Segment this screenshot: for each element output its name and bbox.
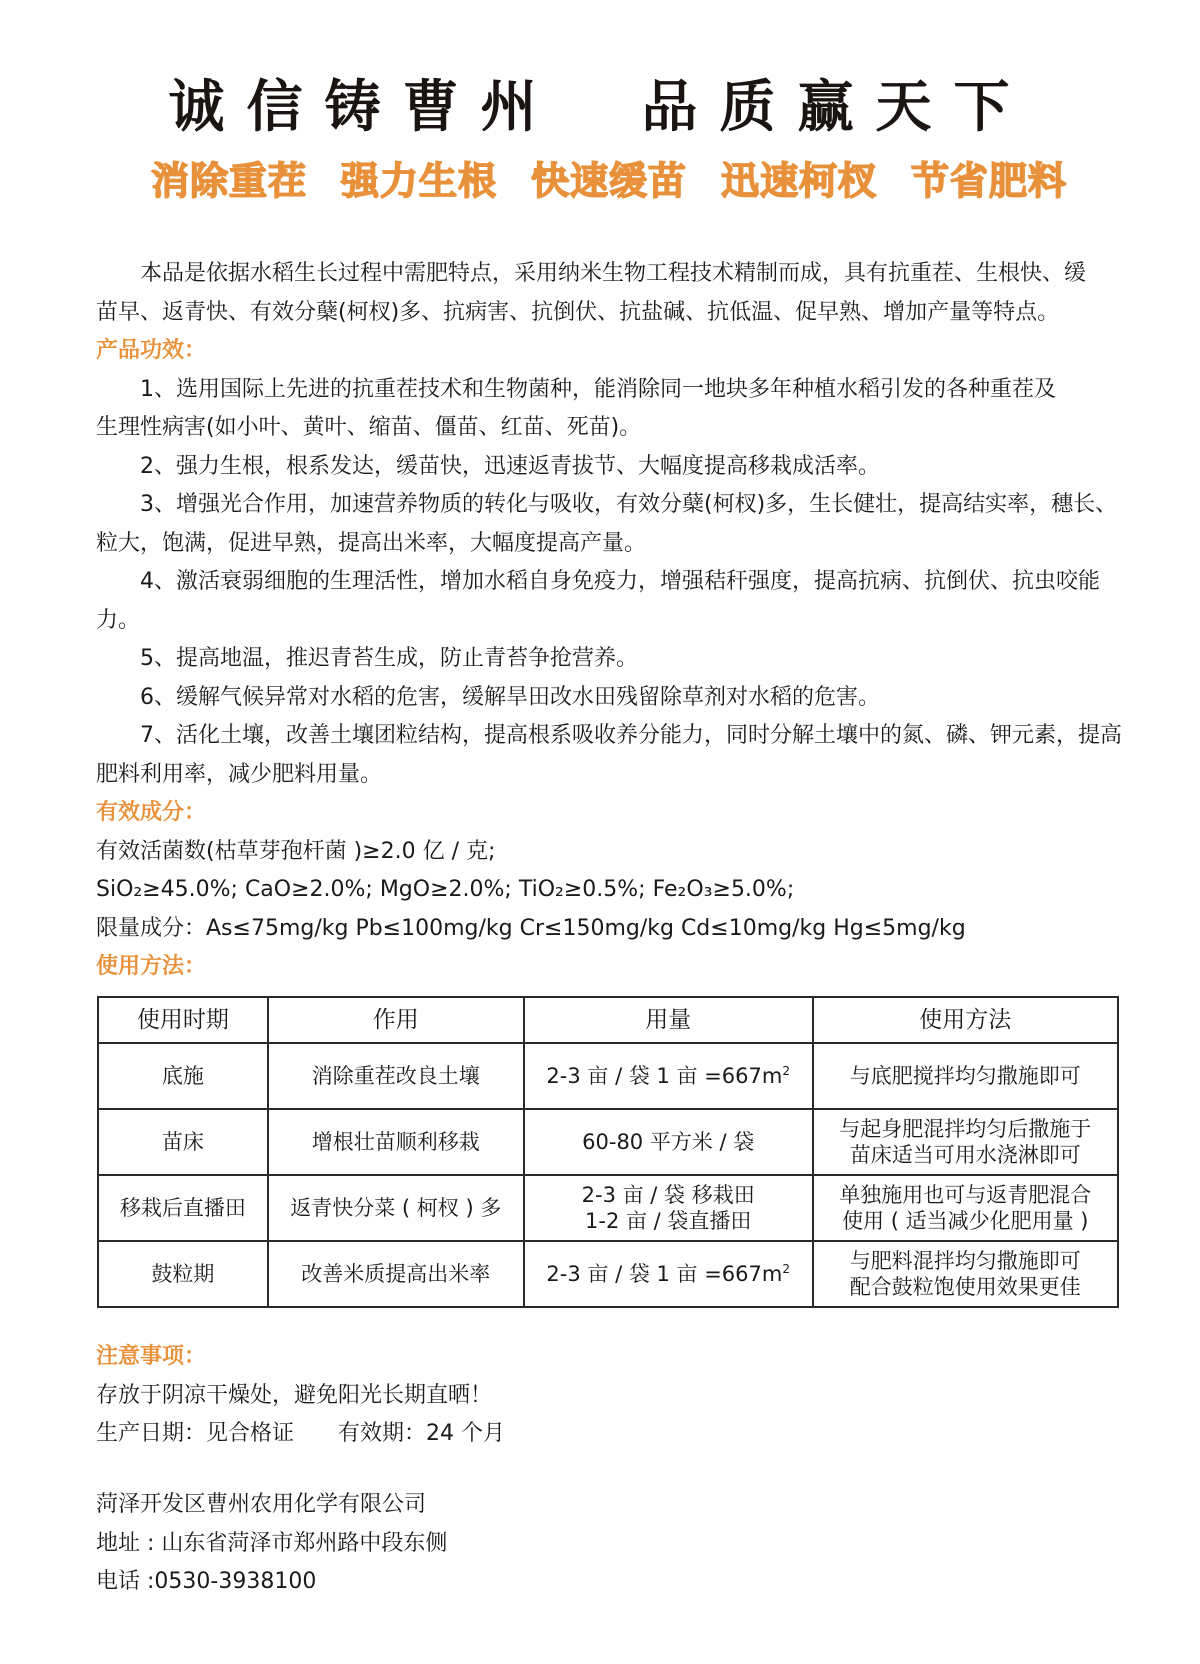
efficacy-item: 5、提高地温，推迟青苔生成，防止青苔争抢营养。 (96, 640, 1126, 679)
effect-cell: 改善米质提高出米率 (268, 1241, 524, 1307)
column-header: 用量 (524, 997, 813, 1043)
dates-line: 生产日期：见合格证有效期：24 个月 (96, 1415, 1126, 1454)
table-row: 移栽后直播田 返青快分菜 ( 柯杈 ) 多 2-3 亩 / 袋 移栽田1-2 亩… (98, 1175, 1118, 1241)
efficacy-item-cont: 粒大，饱满，促进早熟，提高出米率，大幅度提高产量。 (96, 525, 1126, 564)
method-cell: 单独施用也可与返青肥混合使用 ( 适当减少化肥用量 ) (813, 1175, 1118, 1241)
feature-item: 迅速柯杈 (721, 156, 877, 206)
feature-item: 快速缓苗 (531, 156, 687, 206)
dose-text: 1-2 亩 / 袋直播田 (531, 1208, 806, 1234)
method-cell: 与肥料混拌均匀撒施即可配合鼓粒饱使用效果更佳 (813, 1241, 1118, 1307)
notes-heading: 注意事项： (96, 1338, 1126, 1377)
efficacy-item-cont: 肥料利用率，减少肥料用量。 (96, 756, 1126, 795)
product-description: 本品是依据水稻生长过程中需肥特点，采用纳米生物工程技术精制而成，具有抗重茬、生根… (96, 255, 1126, 987)
ingredient-bacteria: 有效活菌数(枯草芽孢杆菌 )≥2.0 亿 / 克; (96, 833, 1126, 872)
effect-cell: 增根壮苗顺利移栽 (268, 1109, 524, 1175)
table-row: 苗床 增根壮苗顺利移栽 60-80 平方米 / 袋 与起身肥混拌均匀后撒施于苗床… (98, 1109, 1118, 1175)
intro-line: 苗早、返青快、有效分蘖(柯杈)多、抗病害、抗倒伏、抗盐碱、抗低温、促早熟、增加产… (96, 294, 1126, 333)
usage-heading: 使用方法： (96, 948, 1126, 987)
feature-item: 强力生根 (341, 156, 497, 206)
ingredient-minerals: SiO₂≥45.0%; CaO≥2.0%; MgO≥2.0%; TiO₂≥0.5… (96, 871, 1126, 910)
intro-line: 本品是依据水稻生长过程中需肥特点，采用纳米生物工程技术精制而成，具有抗重茬、生根… (96, 255, 1126, 294)
efficacy-heading: 产品功效： (96, 332, 1126, 371)
company-phone: 电话 :0530-3938100 (96, 1563, 447, 1602)
column-header: 使用方法 (813, 997, 1118, 1043)
feature-item: 消除重茬 (151, 156, 307, 206)
period-cell: 移栽后直播田 (98, 1175, 268, 1241)
column-header: 使用时期 (98, 997, 268, 1043)
efficacy-item: 7、活化土壤，改善土壤团粒结构，提高根系吸收养分能力，同时分解土壤中的氮、磷、钾… (96, 717, 1126, 756)
table-row: 鼓粒期 改善米质提高出米率 2-3 亩 / 袋 1 亩 =667m2 与肥料混拌… (98, 1241, 1118, 1307)
method-text: 单独施用也可与返青肥混合 (820, 1182, 1111, 1208)
period-cell: 底施 (98, 1043, 268, 1109)
efficacy-item-cont: 力。 (96, 602, 1126, 641)
period-cell: 苗床 (98, 1109, 268, 1175)
dose-text: 60-80 平方米 / 袋 (582, 1130, 754, 1154)
feature-list: 消除重茬 强力生根 快速缓苗 迅速柯杈 节省肥料 (0, 156, 1200, 206)
table-header-row: 使用时期 作用 用量 使用方法 (98, 997, 1118, 1043)
dose-cell: 2-3 亩 / 袋 移栽田1-2 亩 / 袋直播田 (524, 1175, 813, 1241)
feature-item: 节省肥料 (911, 156, 1067, 206)
efficacy-item: 4、激活衰弱细胞的生理活性，增加水稻自身免疫力，增强秸秆强度，提高抗病、抗倒伏、… (96, 563, 1126, 602)
company-name: 菏泽开发区曹州农用化学有限公司 (96, 1486, 447, 1525)
usage-table: 使用时期 作用 用量 使用方法 底施 消除重茬改良土壤 2-3 亩 / 袋 1 … (97, 996, 1119, 1308)
method-text: 使用 ( 适当减少化肥用量 ) (820, 1208, 1111, 1234)
company-address: 地址 : 山东省菏泽市郑州路中段东侧 (96, 1525, 447, 1564)
shelf-life: 有效期：24 个月 (338, 1421, 505, 1446)
dose-cell: 60-80 平方米 / 袋 (524, 1109, 813, 1175)
method-text: 与底肥搅拌均匀撒施即可 (820, 1063, 1111, 1089)
method-cell: 与底肥搅拌均匀撒施即可 (813, 1043, 1118, 1109)
table-row: 底施 消除重茬改良土壤 2-3 亩 / 袋 1 亩 =667m2 与底肥搅拌均匀… (98, 1043, 1118, 1109)
efficacy-item: 3、增强光合作用，加速营养物质的转化与吸收，有效分蘖(柯杈)多，生长健壮，提高结… (96, 486, 1126, 525)
method-text: 苗床适当可用水浇淋即可 (820, 1142, 1111, 1168)
column-header: 作用 (268, 997, 524, 1043)
ingredients-heading: 有效成分： (96, 794, 1126, 833)
period-cell: 鼓粒期 (98, 1241, 268, 1307)
effect-cell: 消除重茬改良土壤 (268, 1043, 524, 1109)
storage-note: 存放于阴凉干燥处，避免阳光长期直晒！ (96, 1377, 1126, 1416)
ingredient-limits: 限量成分：As≤75mg/kg Pb≤100mg/kg Cr≤150mg/kg … (96, 910, 1126, 949)
method-text: 与起身肥混拌均匀后撒施于 (820, 1116, 1111, 1142)
dose-cell: 2-3 亩 / 袋 1 亩 =667m2 (524, 1241, 813, 1307)
dose-cell: 2-3 亩 / 袋 1 亩 =667m2 (524, 1043, 813, 1109)
efficacy-item: 2、强力生根，根系发达，缓苗快，迅速返青拔节、大幅度提高移栽成活率。 (96, 448, 1126, 487)
efficacy-item: 1、选用国际上先进的抗重茬技术和生物菌种，能消除同一地块多年种植水稻引发的各种重… (96, 371, 1126, 410)
efficacy-item: 6、缓解气候异常对水稻的危害，缓解旱田改水田残留除草剂对水稻的危害。 (96, 679, 1126, 718)
method-text: 配合鼓粒饱使用效果更佳 (820, 1274, 1111, 1300)
slogan-title: 诚信铸曹州 品质赢天下 (0, 72, 1200, 142)
method-text: 与肥料混拌均匀撒施即可 (820, 1248, 1111, 1274)
production-date: 生产日期：见合格证 (96, 1421, 294, 1446)
dose-text: 2-3 亩 / 袋 移栽田 (531, 1182, 806, 1208)
company-info: 菏泽开发区曹州农用化学有限公司 地址 : 山东省菏泽市郑州路中段东侧 电话 :0… (96, 1486, 447, 1602)
superscript: 2 (782, 1064, 790, 1078)
dose-text: 2-3 亩 / 袋 1 亩 =667m (546, 1064, 782, 1088)
efficacy-item-cont: 生理性病害(如小叶、黄叶、缩苗、僵苗、红苗、死苗)。 (96, 409, 1126, 448)
superscript: 2 (782, 1262, 790, 1276)
effect-cell: 返青快分菜 ( 柯杈 ) 多 (268, 1175, 524, 1241)
dose-text: 2-3 亩 / 袋 1 亩 =667m (546, 1262, 782, 1286)
method-cell: 与起身肥混拌均匀后撒施于苗床适当可用水浇淋即可 (813, 1109, 1118, 1175)
notes-section: 注意事项： 存放于阴凉干燥处，避免阳光长期直晒！ 生产日期：见合格证有效期：24… (96, 1338, 1126, 1454)
